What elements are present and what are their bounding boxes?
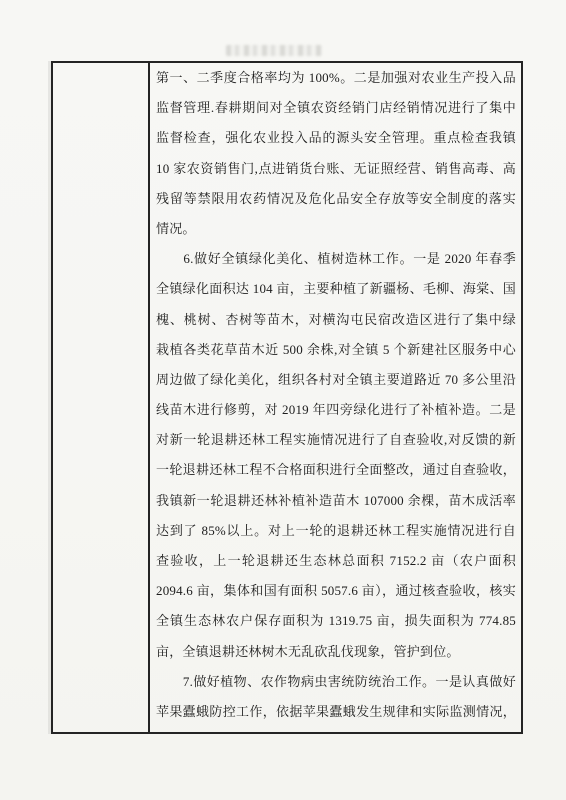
text-line: 线苗木进行修剪，对 2019 年四旁绿化进行了补植补造。二是 bbox=[156, 395, 516, 425]
text-line: 6.做好全镇绿化美化、植树造林工作。一是 2020 年春季 bbox=[156, 244, 516, 274]
text-line: 查验收，上一轮退耕还生态林总面积 7152.2 亩（农户面积 bbox=[156, 546, 516, 576]
text-line: 周边做了绿化美化，组织各村对全镇主要道路近 70 多公里沿 bbox=[156, 365, 516, 395]
text-line: 槐、桃树、杏树等苗木，对横沟屯民宿改造区进行了集中绿化， bbox=[156, 305, 516, 335]
bleed-through-mark bbox=[226, 45, 322, 56]
text-line: 10 家农资销售门,点进销货台账、无证照经营、销售高毒、高 bbox=[156, 154, 516, 184]
document-table: 第一、二季度合格率均为 100%。二是加强对农业生产投入品监督管理.春耕期间对全… bbox=[51, 61, 523, 734]
text-line: 我镇新一轮退耕还林补植补造苗木 107000 余棵，苗木成活率 bbox=[156, 486, 516, 516]
text-line: 情况。 bbox=[156, 214, 516, 244]
text-line: 监督检查，强化农业投入品的源头安全管理。重点检查我镇 bbox=[156, 123, 516, 153]
text-line: 全镇绿化面积达 104 亩，主要种植了新疆杨、毛柳、海棠、国 bbox=[156, 274, 516, 304]
text-line: 第一、二季度合格率均为 100%。二是加强对农业生产投入品 bbox=[156, 63, 516, 93]
scanned-document-page: 第一、二季度合格率均为 100%。二是加强对农业生产投入品监督管理.春耕期间对全… bbox=[0, 0, 566, 800]
text-line: 亩，全镇退耕还林树木无乱砍乱伐现象，管护到位。 bbox=[156, 637, 516, 667]
text-line: 7.做好植物、农作物病虫害统防统治工作。一是认真做好 bbox=[156, 667, 516, 697]
text-line: 2094.6 亩，集体和国有面积 5057.6 亩），通过核查验收，核实 bbox=[156, 576, 516, 606]
text-line: 监督管理.春耕期间对全镇农资经销门店经销情况进行了集中 bbox=[156, 93, 516, 123]
text-line: 苹果蠹蛾防控工作，依据苹果蠹蛾发生规律和实际监测情况， bbox=[156, 697, 516, 727]
text-line: 一轮退耕还林工程不合格面积进行全面整改，通过自查验收， bbox=[156, 455, 516, 485]
table-left-column-cell bbox=[53, 63, 150, 732]
text-line: 栽植各类花草苗木近 500 余株,对全镇 5 个新建社区服务中心 bbox=[156, 335, 516, 365]
table-body-cell: 第一、二季度合格率均为 100%。二是加强对农业生产投入品监督管理.春耕期间对全… bbox=[150, 63, 521, 732]
text-line: 全镇生态林农户保存面积为 1319.75 亩，损失面积为 774.85 bbox=[156, 606, 516, 636]
text-line: 残留等禁限用农药情况及危化品安全存放等安全制度的落实 bbox=[156, 184, 516, 214]
text-line: 达到了 85%以上。对上一轮的退耕还林工程实施情况进行自 bbox=[156, 516, 516, 546]
text-line: 对新一轮退耕还林工程实施情况进行了自查验收,对反馈的新 bbox=[156, 425, 516, 455]
